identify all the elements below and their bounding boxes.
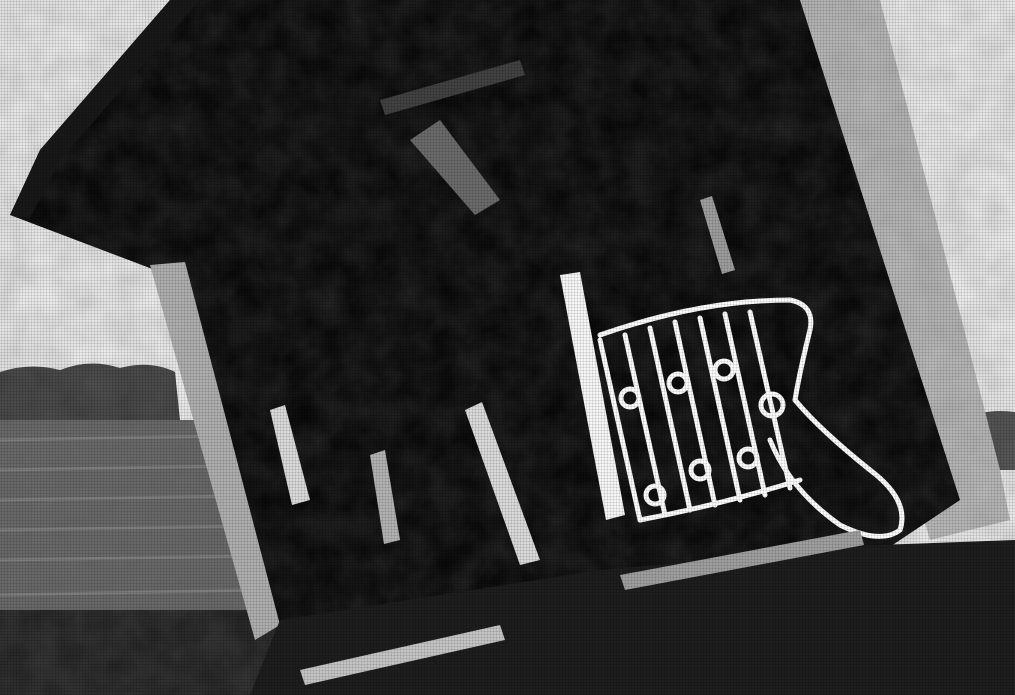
wrecked-railcar-photo	[0, 0, 1015, 695]
photo-scene	[0, 0, 1015, 695]
